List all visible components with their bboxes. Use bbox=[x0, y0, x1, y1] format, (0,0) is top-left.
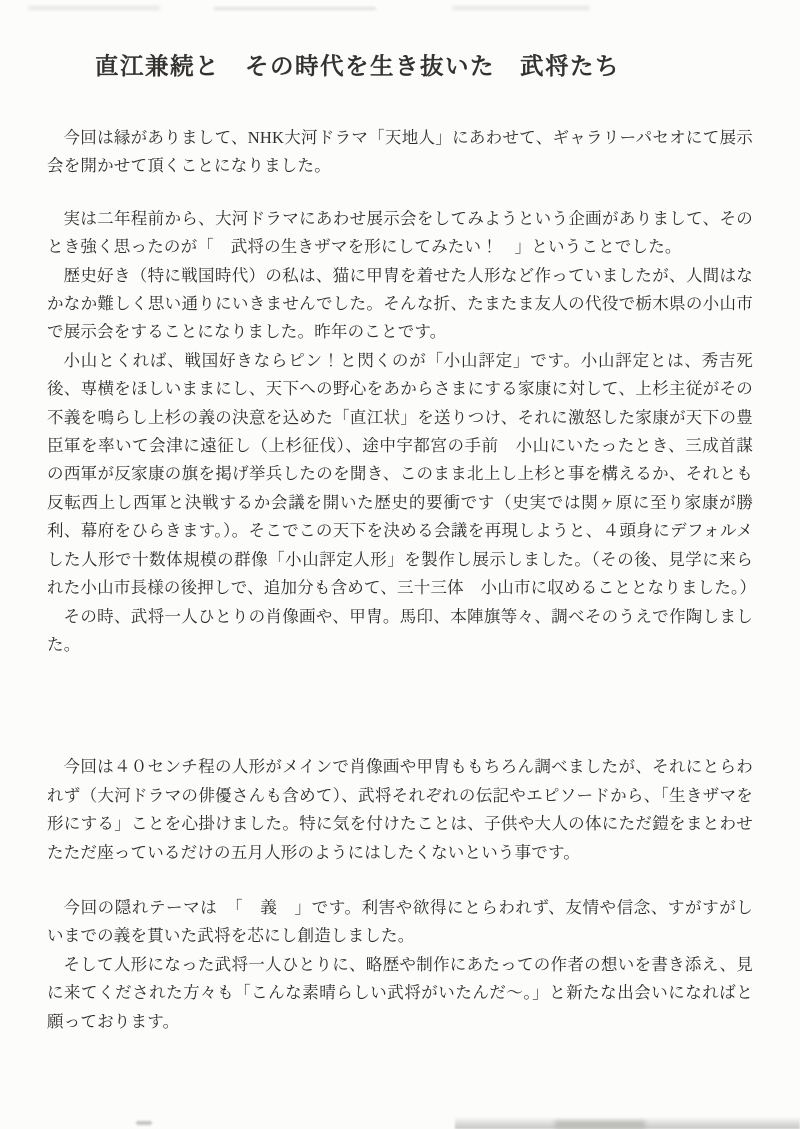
paragraph-research: その時、武将一人ひとりの肖像画や、甲冑。馬印、本陣旗等々、調べそのうえで作陶しま… bbox=[47, 603, 753, 660]
paragraph-closing: そして人形になった武将一人ひとりに、略歴や制作にあたっての作者の想いを書き添え、… bbox=[47, 951, 753, 1036]
paragraph-oyama-hyojo: 小山とくれば、戦国好きならピン！と閃くのが「小山評定」です。小山評定とは、秀吉死… bbox=[47, 347, 753, 603]
paragraph-hidden-theme: 今回の隠れテーマは 「 義 」です。利害や欲得にとらわれず、友情や信念、すがすが… bbox=[47, 894, 753, 951]
scanned-document-page: 直江兼続と その時代を生き抜いた 武将たち 今回は縁がありまして、NHK大河ドラ… bbox=[0, 0, 800, 1129]
scan-artifact-bottom-smudge bbox=[555, 1121, 645, 1129]
page-title: 直江兼続と その時代を生き抜いた 武将たち bbox=[47, 0, 753, 84]
paragraph-dolls-40cm: 今回は４０センチ程の人形がメインで肖像画や甲冑ももちろん調べましたが、それにとら… bbox=[47, 753, 753, 867]
paragraph-history-hobby: 歴史好き（特に戦国時代）の私は、猫に甲冑を着せた人形など作っていましたが、人間は… bbox=[47, 262, 753, 347]
scan-artifact-bottom-band bbox=[455, 1117, 800, 1129]
scan-artifact-bottom-dot bbox=[136, 1121, 152, 1125]
paragraph-plan: 実は二年程前から、大河ドラマにあわせ展示会をしてみようという企画がありまして、そ… bbox=[47, 205, 753, 262]
document-text-block: 直江兼続と その時代を生き抜いた 武将たち 今回は縁がありまして、NHK大河ドラ… bbox=[47, 0, 753, 1036]
document-body: 今回は縁がありまして、NHK大河ドラマ「天地人」にあわせて、ギャラリーパセオにて… bbox=[47, 124, 753, 1036]
paragraph-intro: 今回は縁がありまして、NHK大河ドラマ「天地人」にあわせて、ギャラリーパセオにて… bbox=[47, 124, 753, 181]
